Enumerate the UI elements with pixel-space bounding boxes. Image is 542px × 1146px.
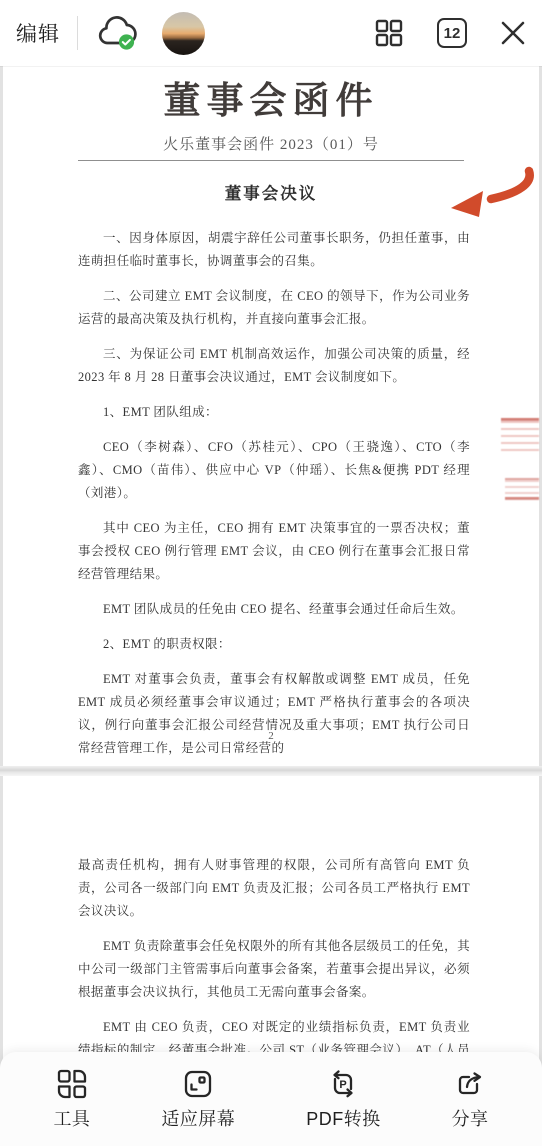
red-seal-fragment [501,418,539,452]
pdf-page-2: 董事会函件 火乐董事会函件 2023（01）号 董事会决议 一、因身体原因，胡震… [3,66,539,766]
top-bar: 编辑 12 [0,0,542,66]
fit-screen-label: 适应屏幕 [161,1105,235,1131]
share-label: 分享 [452,1105,489,1131]
document-number: 火乐董事会函件 2023（01）号 [3,133,539,154]
doc-paragraph: EMT 团队成员的任免由 CEO 提名、经董事会通过任命后生效。 [78,598,470,621]
user-avatar[interactable] [162,12,205,55]
pdf-convert-label: PDF转换 [306,1105,381,1131]
doc-paragraph: 一、因身体原因，胡震宇辞任公司董事长职务，仍担任董事，由连萌担任临时董事长，协调… [78,227,470,273]
fit-screen-button[interactable]: 适应屏幕 [161,1068,235,1131]
page-separator [0,766,542,776]
doc-paragraph: 最高责任机构，拥有人财事管理的权限，公司所有高管向 EMT 负责，公司各一级部门… [78,854,470,923]
bottom-toolbar: 工具 适应屏幕 [0,1052,542,1146]
document-title: 董事会函件 [3,80,539,124]
document-viewer-screen: 编辑 12 [0,0,542,1146]
page-count-button[interactable]: 12 [437,18,467,48]
doc-paragraph: 1、EMT 团队组成： [78,401,470,424]
apps-grid-icon[interactable] [374,18,404,48]
doc-paragraph: 二、公司建立 EMT 会议制度，在 CEO 的领导下，作为公司业务运营的最高决策… [78,285,470,331]
red-arrow-annotation [435,162,539,222]
share-icon [454,1068,486,1100]
document-body: 一、因身体原因，胡震宇辞任公司董事长职务，仍担任董事，由连萌担任临时董事长，协调… [78,227,470,760]
doc-paragraph: EMT 负责除董事会任免权限外的所有其他各层级员工的任免，其中公司一级部门主管需… [78,935,470,1004]
document-body: 最高责任机构，拥有人财事管理的权限，公司所有高管向 EMT 负责，公司各一级部门… [78,854,470,1085]
page-number: 2 [3,730,539,742]
tools-grid-icon [56,1068,88,1100]
title-rule [78,160,464,161]
doc-paragraph: 2、EMT 的职责权限： [78,633,470,656]
tools-button[interactable]: 工具 [53,1068,90,1131]
topbar-divider [77,16,78,50]
doc-paragraph: EMT 对董事会负责，董事会有权解散或调整 EMT 成员，任免 EMT 成员必须… [78,668,470,760]
doc-paragraph: 其中 CEO 为主任，CEO 拥有 EMT 决策事宜的一票否决权；董事会授权 C… [78,517,470,586]
pdf-convert-button[interactable]: P PDF转换 [306,1068,381,1131]
red-seal-fragment [505,478,539,500]
tools-label: 工具 [53,1105,90,1131]
edit-button[interactable]: 编辑 [16,18,60,48]
close-icon[interactable] [500,20,526,46]
pdf-convert-icon: P [327,1068,359,1100]
doc-paragraph: CEO（李树森）、CFO（苏桂元）、CPO（王骁逸）、CTO（李鑫）、CMO（苗… [78,436,470,505]
document-canvas[interactable]: 董事会函件 火乐董事会函件 2023（01）号 董事会决议 一、因身体原因，胡震… [0,66,542,1146]
fit-screen-icon [182,1068,214,1100]
share-button[interactable]: 分享 [452,1068,489,1131]
svg-text:P: P [340,1079,347,1091]
cloud-sync-icon[interactable] [93,12,141,54]
doc-paragraph: 三、为保证公司 EMT 机制高效运作，加强公司决策的质量，经 2023 年 8 … [78,343,470,389]
